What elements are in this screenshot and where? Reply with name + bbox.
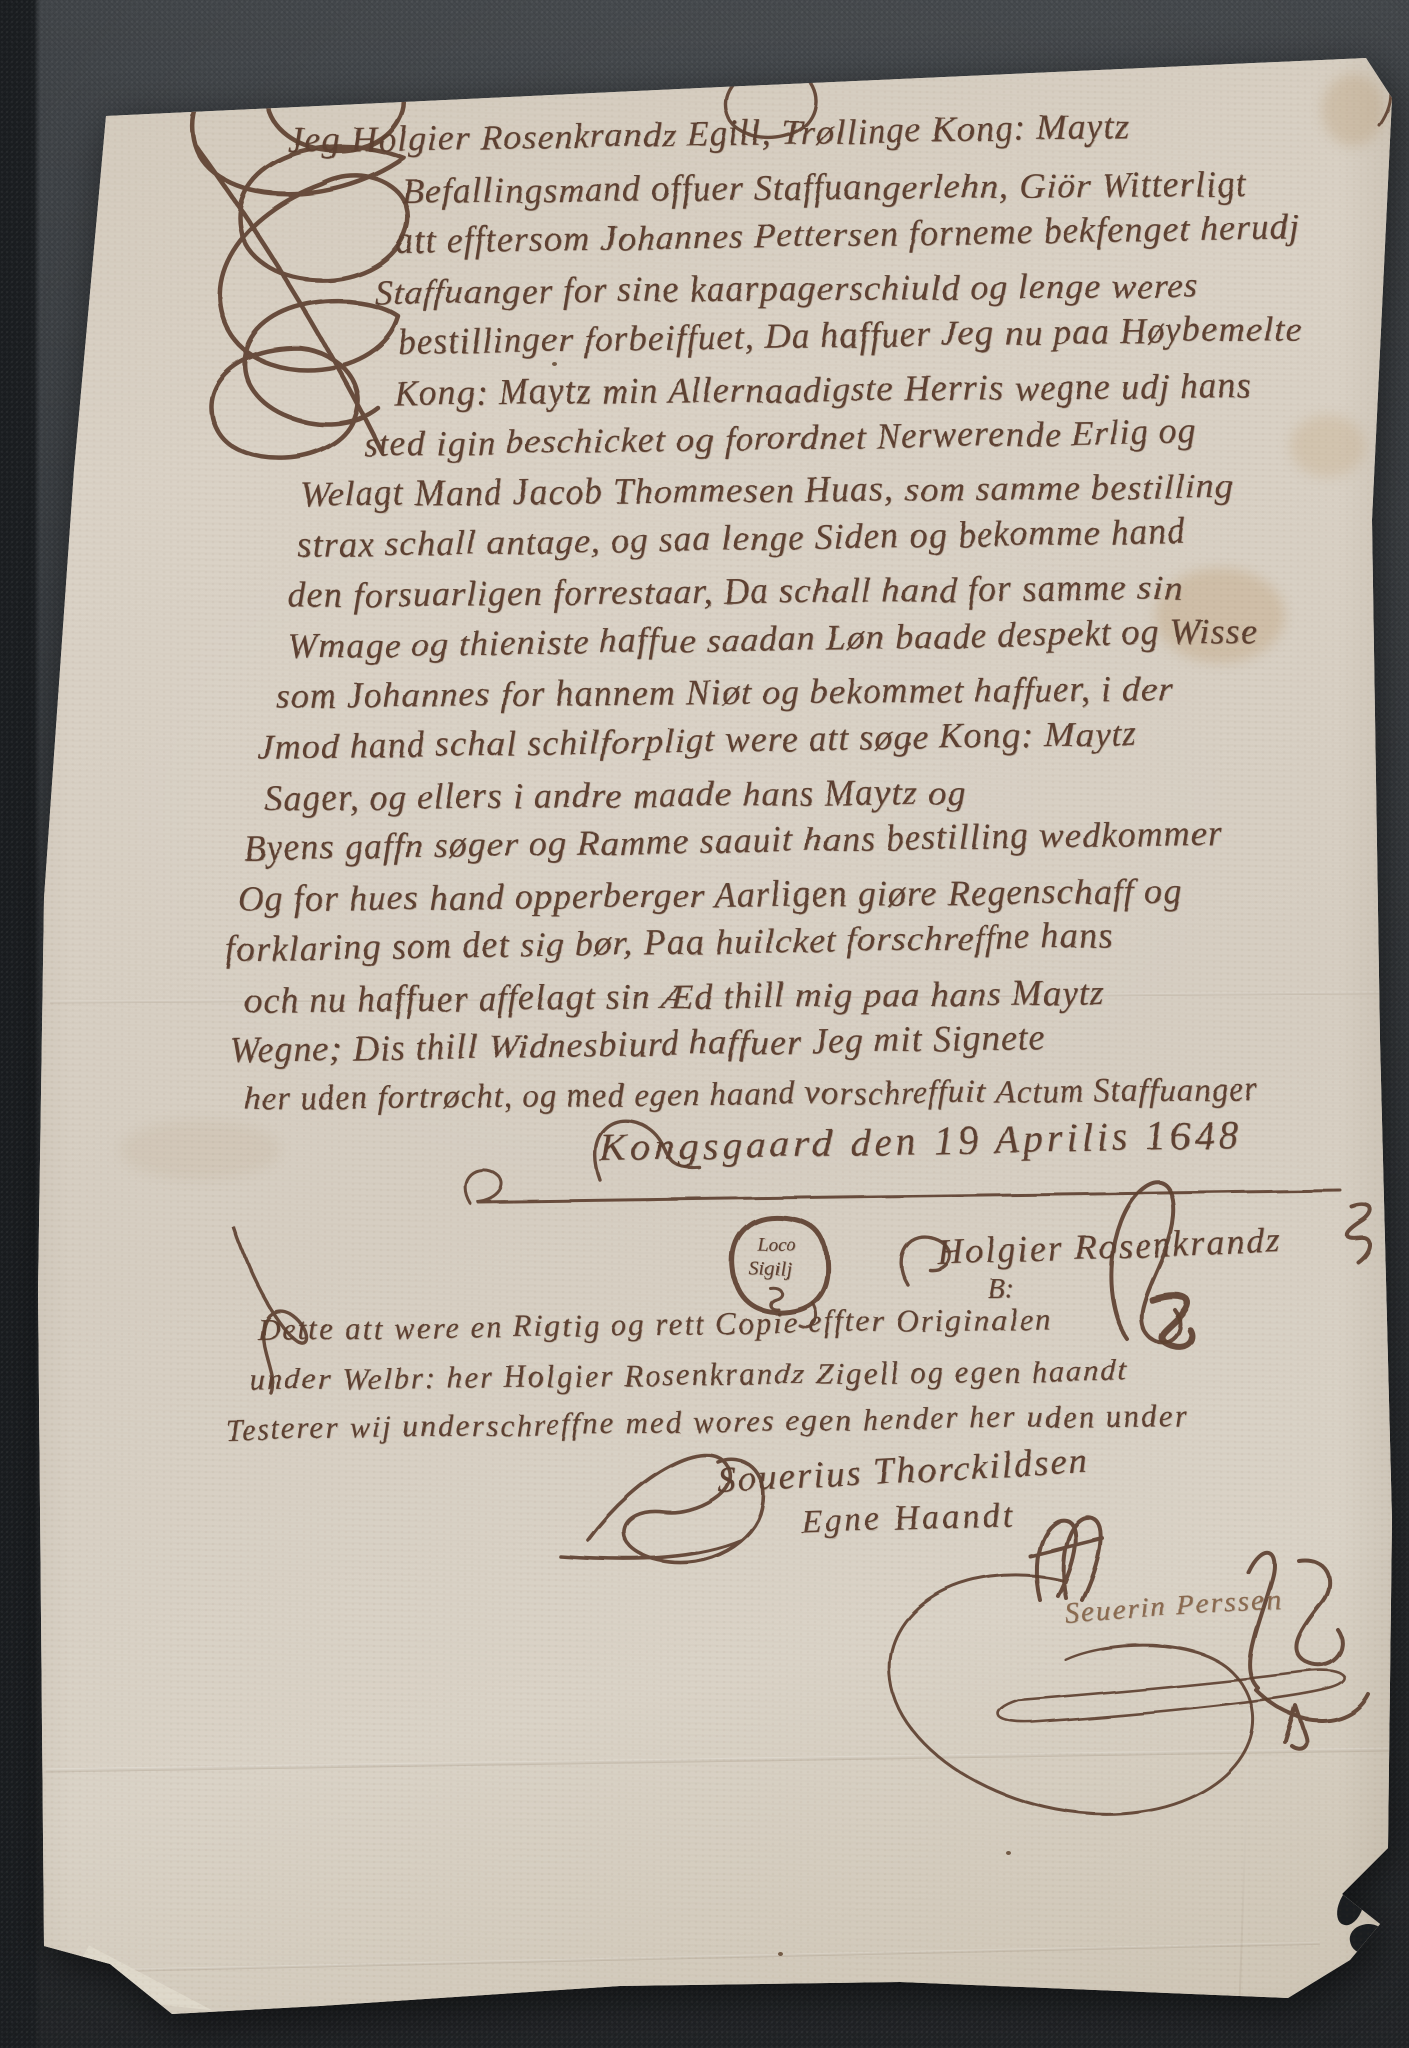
manuscript-line: och nu haffuer affelagt sin Æd thill mig… [244, 974, 1105, 1018]
manuscript-line: som Johannes for hannem Niøt og bekommet… [276, 670, 1173, 714]
signature-leadin [901, 1237, 949, 1285]
seal-text-loco: Loco [757, 1235, 795, 1254]
manuscript-line: Jeg Holgier Rosenkrandz Egill, Trøllinge… [287, 109, 1130, 158]
manuscript-line: strax schall antage, og saa lenge Siden … [297, 513, 1186, 563]
paper-shadow-wrap: Jeg Holgier Rosenkrandz Egill, Trøllinge… [0, 0, 1409, 2048]
signature-initial: B: [988, 1276, 1014, 1304]
inner-loop-flourish [998, 1671, 1345, 1723]
paper-crease [50, 991, 1380, 1003]
manuscript-page: Jeg Holgier Rosenkrandz Egill, Trøllinge… [0, 0, 1409, 2048]
manuscript-line: Sager, og ellers i andre maade hans Mayt… [264, 774, 966, 816]
ink-speck [906, 742, 911, 746]
manuscript-line: bestillinger forbeiffuet, Da haffuer Jeg… [397, 310, 1301, 360]
ink-speck [552, 362, 557, 366]
manuscript-line: Kong: Maytz min Allernaadigste Herris we… [394, 368, 1253, 411]
manuscript-line: Jmod hand schal schilforpligt were att s… [257, 715, 1137, 765]
manuscript-line: Wegne; Dis thill Widnesbiurd haffuer Jeg… [229, 1019, 1046, 1068]
manuscript-line: den forsuarligen forrestaar, Da schall h… [288, 569, 1183, 613]
initial-flourish [193, 37, 420, 458]
attestation-paraph [1152, 1296, 1192, 1347]
manuscript-line: her uden fortrøcht, og med egen haand vo… [244, 1074, 1259, 1116]
witness-ff-flourish [1030, 1517, 1102, 1600]
manuscript-line: forklaring som det sig bør, Paa huilcket… [225, 917, 1113, 967]
paper-corner-fold [62, 1944, 212, 2016]
paper-stain [120, 1120, 280, 1180]
paper-stain [1290, 415, 1365, 477]
cartouche-oval [725, 66, 815, 138]
left-pen-flourish [234, 1228, 307, 1394]
manuscript-line: Og for hues hand opperberger Aarligen gi… [238, 873, 1183, 917]
paper-stain [1155, 568, 1285, 663]
corner-signature-flourish [1248, 1552, 1368, 1748]
manuscript-line: Wmage og thieniste haffue saadan Løn baa… [287, 613, 1257, 664]
witness-leadin-flourish [560, 1455, 763, 1563]
seal-tail [770, 1288, 816, 1328]
date-leadin-loop [595, 1121, 700, 1180]
manuscript-line: sted igin beschicket og forordnet Nerwer… [363, 413, 1197, 462]
loco-sigili-seal [733, 1218, 828, 1312]
manuscript-line: Staffuanger for sine kaarpagerschiuld og… [374, 267, 1199, 310]
attestation-line: under Welbr: her Holgier Rosenkrandz Zig… [250, 1355, 1130, 1395]
paper-crease [46, 1747, 1390, 1772]
dateline: Kongsgaard den 19 Aprilis 1648 [599, 1115, 1242, 1168]
paper-tear [1333, 1881, 1369, 1928]
witness-signature-hand: Egne Haandt [801, 1499, 1015, 1540]
witness-signature-second: Seuerin Perssen [1064, 1585, 1283, 1629]
pen-flourish-layer [0, 0, 1409, 2048]
archive-photo-stage: Jeg Holgier Rosenkrandz Egill, Trøllinge… [0, 0, 1409, 2048]
grand-oval-flourish [889, 1575, 1253, 1814]
manuscript-line: Byens gaffn søger og Ramme saauit hans b… [243, 815, 1222, 866]
paper-stain [1322, 74, 1384, 146]
attestation-line: Dette att were en Rigtig og rett Copie e… [258, 1303, 1053, 1345]
line1-end-curl [1372, 64, 1391, 126]
ink-speck [778, 1952, 783, 1956]
paper-tear [1347, 1920, 1389, 1958]
seal-text-sigili: Sigilj [749, 1259, 791, 1279]
signature-flourish [1111, 1182, 1180, 1343]
ink-speck [1006, 1851, 1011, 1855]
ink-layer: Jeg Holgier Rosenkrandz Egill, Trøllinge… [0, 0, 1409, 2048]
manuscript-line: Welagt Mand Jacob Thommesen Huas, som sa… [300, 468, 1235, 512]
manuscript-line: att efftersom Johannes Pettersen forneme… [395, 209, 1300, 259]
date-underline [465, 1170, 1340, 1203]
signature-holgier-rosenkrandz: Holgier Rosenkrandz [937, 1222, 1283, 1270]
attestation-line: Testerer wij underschreffne med wores eg… [225, 1399, 1188, 1445]
paper-crease [1239, 1690, 1252, 2000]
manuscript-line: Befallingsmand offuer Staffuangerlehn, G… [402, 166, 1247, 209]
zigzag-paraph [1348, 1205, 1371, 1262]
paper-crease [60, 1942, 1320, 1974]
witness-signature-name: Souerius Thorckildsen [716, 1443, 1090, 1499]
